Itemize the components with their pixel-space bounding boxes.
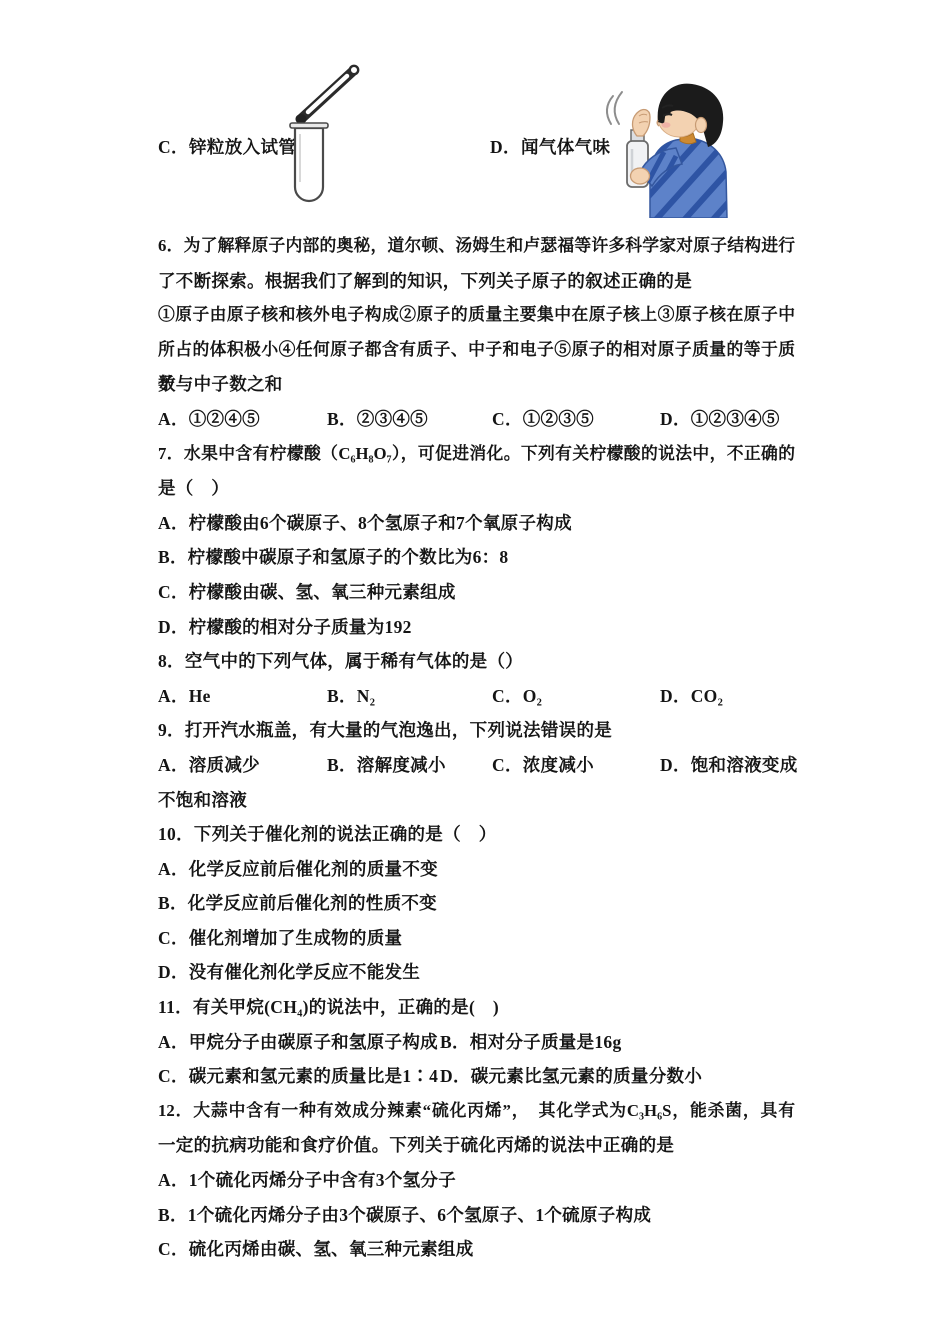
blush <box>662 122 671 128</box>
question-12-line: 12．大蒜中含有一种有效成分辣素“硫化丙烯”， 其化学式为C₃H₆S，能杀菌，具… <box>158 1094 795 1129</box>
question-9-option-d-wrap: 不饱和溶液 <box>158 783 795 818</box>
exam-page: C．锌粒放入试管 D．闻气体气味 <box>0 0 950 1344</box>
question-10-option-c: C．催化剂增加了生成物的质量 <box>158 921 795 956</box>
option-b: B．溶解度减小 <box>327 748 446 783</box>
question-11-options-row-2: C．碳元素和氢元素的质量比是1∶4 D．碳元素比氢元素的质量分数小 <box>158 1059 795 1094</box>
question-7-option-c: C．柠檬酸由碳、氢、氧三种元素组成 <box>158 575 795 610</box>
question-6-line: 6．为了解释原子内部的奥秘，道尔顿、汤姆生和卢瑟福等许多科学家对原子结构进行 <box>158 229 795 264</box>
question-list: 6．为了解释原子内部的奥秘，道尔顿、汤姆生和卢瑟福等许多科学家对原子结构进行 了… <box>158 229 795 1267</box>
option-b: B．②③④⑤ <box>327 402 428 437</box>
tweezers-icon <box>296 66 359 124</box>
question-7-line: 是（ ） <box>158 471 795 506</box>
question-6-line: 数与中子数之和 <box>158 367 795 402</box>
question-9-options-row: A．溶质减少 B．溶解度减小 C．浓度减小 D．饱和溶液变成 <box>158 748 795 783</box>
option-a: A．溶质减少 <box>158 748 260 783</box>
question-12-option-b: B．1个硫化丙烯分子由3个碳原子、6个氢原子、1个硫原子构成 <box>158 1198 795 1233</box>
question-6-line: 所占的体积极小④任何原子都含有质子、中子和电子⑤原子的相对原子质量的等于质子 <box>158 333 795 368</box>
option-d: D．CO₂ <box>660 679 723 714</box>
wafting-hand-icon <box>633 110 651 136</box>
question-12-option-c: C．硫化丙烯由碳、氢、氧三种元素组成 <box>158 1232 795 1267</box>
question-12-option-a: A．1个硫化丙烯分子中含有3个氢分子 <box>158 1163 795 1198</box>
question-12-line: 一定的抗病功能和食疗价值。下列关于硫化丙烯的说法中正确的是 <box>158 1128 795 1163</box>
question-11-stem: 11．有关甲烷(CH₄)的说法中，正确的是( ) <box>158 990 795 1025</box>
question-8-options-row: A．He B．N₂ C．O₂ D．CO₂ <box>158 679 795 714</box>
motion-lines-icon <box>607 92 622 124</box>
question-10-option-a: A．化学反应前后催化剂的质量不变 <box>158 852 795 887</box>
option-c: C．浓度减小 <box>492 748 594 783</box>
option-c: C．O₂ <box>492 679 542 714</box>
question-10-stem: 10．下列关于催化剂的说法正确的是（ ） <box>158 817 795 852</box>
question-6-line: ①原子由原子核和核外电子构成②原子的质量主要集中在原子核上③原子核在原子中 <box>158 298 795 333</box>
ear <box>696 118 707 133</box>
option-d: D．饱和溶液变成 <box>660 748 798 783</box>
option-d: D．碳元素比氢元素的质量分数小 <box>440 1059 702 1094</box>
option-b: B．相对分子质量是16g <box>440 1025 622 1060</box>
option-a: A．甲烷分子由碳原子和氢原子构成 <box>158 1025 438 1060</box>
question-7-option-a: A．柠檬酸由6个碳原子、8个氢原子和7个氧原子构成 <box>158 506 795 541</box>
option-d: D．①②③④⑤ <box>660 402 780 437</box>
question-7-option-d: D．柠檬酸的相对分子质量为192 <box>158 610 795 645</box>
question-6-line: 了不断探索。根据我们了解到的知识，下列关子原子的叙述正确的是 <box>158 264 795 299</box>
figure-option-d-label: D．闻气体气味 <box>490 134 610 159</box>
question-8-stem: 8．空气中的下列气体，属于稀有气体的是（） <box>158 644 795 679</box>
option-a: A．①②④⑤ <box>158 402 260 437</box>
question-11-options-row-1: A．甲烷分子由碳原子和氢原子构成 B．相对分子质量是16g <box>158 1025 795 1060</box>
boy-smelling-gas-illustration <box>598 78 730 218</box>
test-tube-icon <box>290 123 328 201</box>
option-c: C．碳元素和氢元素的质量比是1∶4 <box>158 1059 438 1094</box>
zinc-into-test-tube-illustration <box>280 60 400 208</box>
question-9-stem: 9．打开汽水瓶盖，有大量的气泡逸出，下列说法错误的是 <box>158 713 795 748</box>
option-c: C．①②③⑤ <box>492 402 594 437</box>
question-6-options-row: A．①②④⑤ B．②③④⑤ C．①②③⑤ D．①②③④⑤ <box>158 402 795 437</box>
question-7-option-b: B．柠檬酸中碳原子和氢原子的个数比为6：8 <box>158 540 795 575</box>
question-7-line: 7．水果中含有柠檬酸（C₆H₈O₇），可促进消化。下列有关柠檬酸的说法中，不正确… <box>158 437 795 472</box>
gripping-hand <box>631 168 650 184</box>
option-a: A．He <box>158 679 211 714</box>
option-b: B．N₂ <box>327 679 375 714</box>
question-10-option-d: D．没有催化剂化学反应不能发生 <box>158 955 795 990</box>
figure-option-c-label: C．锌粒放入试管 <box>158 134 296 159</box>
question-10-option-b: B．化学反应前后催化剂的性质不变 <box>158 886 795 921</box>
